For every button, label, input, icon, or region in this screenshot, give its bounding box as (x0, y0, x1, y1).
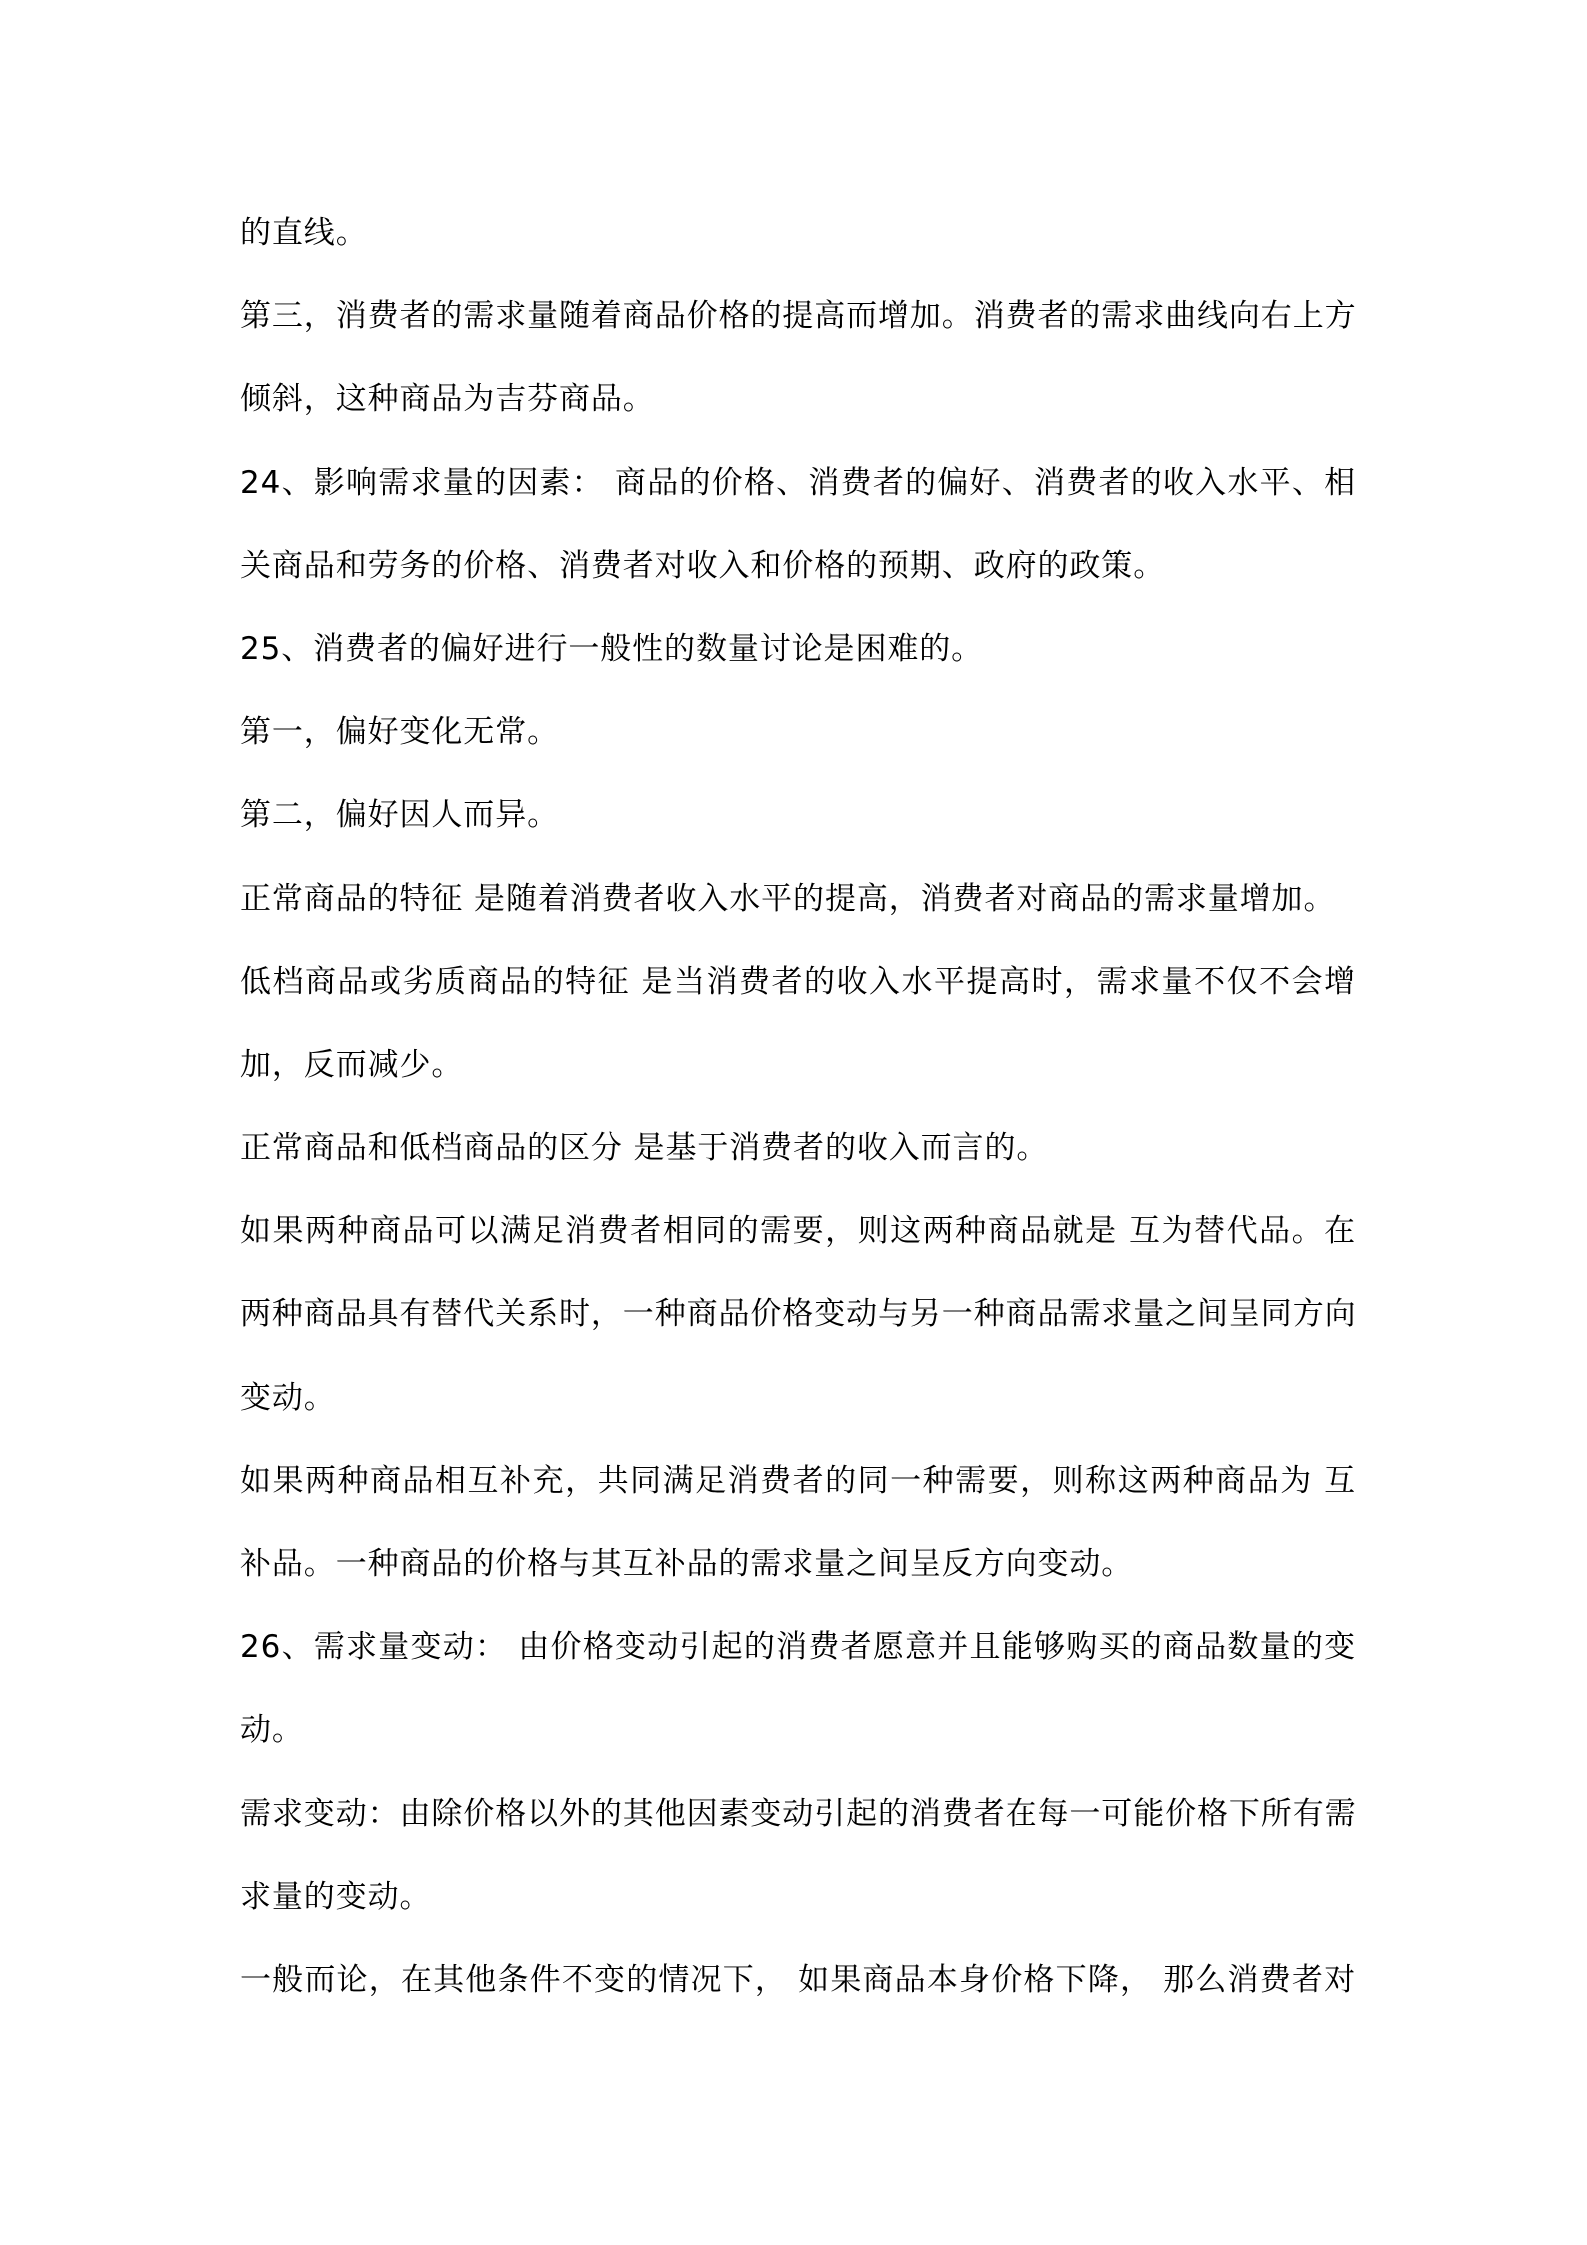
document-body: 的直线。 第三，消费者的需求量随着商品价格的提高而增加。消费者的需求曲线向右上方… (240, 192, 1356, 2022)
paragraph-quantity-demanded-change: 26、需求量变动： 由价格变动引起的消费者愿意并且能够购买的商品数量的变 动。 (240, 1606, 1356, 1772)
paragraph-first-point: 第一，偏好变化无常。 (240, 691, 1356, 774)
paragraph-second-point: 第二，偏好因人而异。 (240, 774, 1356, 857)
paragraph-normal-goods: 正常商品的特征 是随着消费者收入水平的提高，消费者对商品的需求量增加。 (240, 858, 1356, 941)
text-line: 加，反而减少。 (240, 1024, 1356, 1107)
text-line: 26、需求量变动： 由价格变动引起的消费者愿意并且能够购买的商品数量的变 (240, 1606, 1356, 1689)
text-line: 正常商品的特征 是随着消费者收入水平的提高，消费者对商品的需求量增加。 (240, 858, 1356, 941)
text-line: 变动。 (240, 1357, 1356, 1440)
text-line: 25、消费者的偏好进行一般性的数量讨论是困难的。 (240, 608, 1356, 691)
text-line: 动。 (240, 1689, 1356, 1772)
text-line: 低档商品或劣质商品的特征 是当消费者的收入水平提高时，需求量不仅不会增 (240, 941, 1356, 1024)
paragraph-inferior-goods: 低档商品或劣质商品的特征 是当消费者的收入水平提高时，需求量不仅不会增 加，反而… (240, 941, 1356, 1107)
paragraph-complements: 如果两种商品相互补充，共同满足消费者的同一种需要，则称这两种商品为 互 补品。一… (240, 1440, 1356, 1606)
text-line: 第一，偏好变化无常。 (240, 691, 1356, 774)
text-line: 的直线。 (240, 192, 1356, 275)
text-line: 补品。一种商品的价格与其互补品的需求量之间呈反方向变动。 (240, 1523, 1356, 1606)
paragraph-demand-factors: 24、影响需求量的因素： 商品的价格、消费者的偏好、消费者的收入水平、相 关商品… (240, 442, 1356, 608)
paragraph-substitutes: 如果两种商品可以满足消费者相同的需要，则这两种商品就是 互为替代品。在 两种商品… (240, 1190, 1356, 1440)
text-line: 需求变动：由除价格以外的其他因素变动引起的消费者在每一可能价格下所有需 (240, 1773, 1356, 1856)
text-line: 一般而论，在其他条件不变的情况下， 如果商品本身价格下降， 那么消费者对 (240, 1939, 1356, 2022)
text-line: 第二，偏好因人而异。 (240, 774, 1356, 857)
text-line: 两种商品具有替代关系时，一种商品价格变动与另一种商品需求量之间呈同方向 (240, 1273, 1356, 1356)
text-line: 如果两种商品可以满足消费者相同的需要，则这两种商品就是 互为替代品。在 (240, 1190, 1356, 1273)
text-line: 倾斜，这种商品为吉芬商品。 (240, 358, 1356, 441)
paragraph-giffen-goods: 第三，消费者的需求量随着商品价格的提高而增加。消费者的需求曲线向右上方 倾斜，这… (240, 275, 1356, 441)
paragraph-continuation: 的直线。 (240, 192, 1356, 275)
paragraph-goods-distinction: 正常商品和低档商品的区分 是基于消费者的收入而言的。 (240, 1107, 1356, 1190)
text-line: 第三，消费者的需求量随着商品价格的提高而增加。消费者的需求曲线向右上方 (240, 275, 1356, 358)
paragraph-demand-change: 需求变动：由除价格以外的其他因素变动引起的消费者在每一可能价格下所有需 求量的变… (240, 1773, 1356, 1939)
text-line: 正常商品和低档商品的区分 是基于消费者的收入而言的。 (240, 1107, 1356, 1190)
paragraph-generally: 一般而论，在其他条件不变的情况下， 如果商品本身价格下降， 那么消费者对 (240, 1939, 1356, 2022)
text-line: 24、影响需求量的因素： 商品的价格、消费者的偏好、消费者的收入水平、相 (240, 442, 1356, 525)
text-line: 关商品和劳务的价格、消费者对收入和价格的预期、政府的政策。 (240, 525, 1356, 608)
paragraph-preference-difficulty: 25、消费者的偏好进行一般性的数量讨论是困难的。 (240, 608, 1356, 691)
text-line: 求量的变动。 (240, 1856, 1356, 1939)
document-page: 的直线。 第三，消费者的需求量随着商品价格的提高而增加。消费者的需求曲线向右上方… (0, 0, 1587, 2245)
text-line: 如果两种商品相互补充，共同满足消费者的同一种需要，则称这两种商品为 互 (240, 1440, 1356, 1523)
